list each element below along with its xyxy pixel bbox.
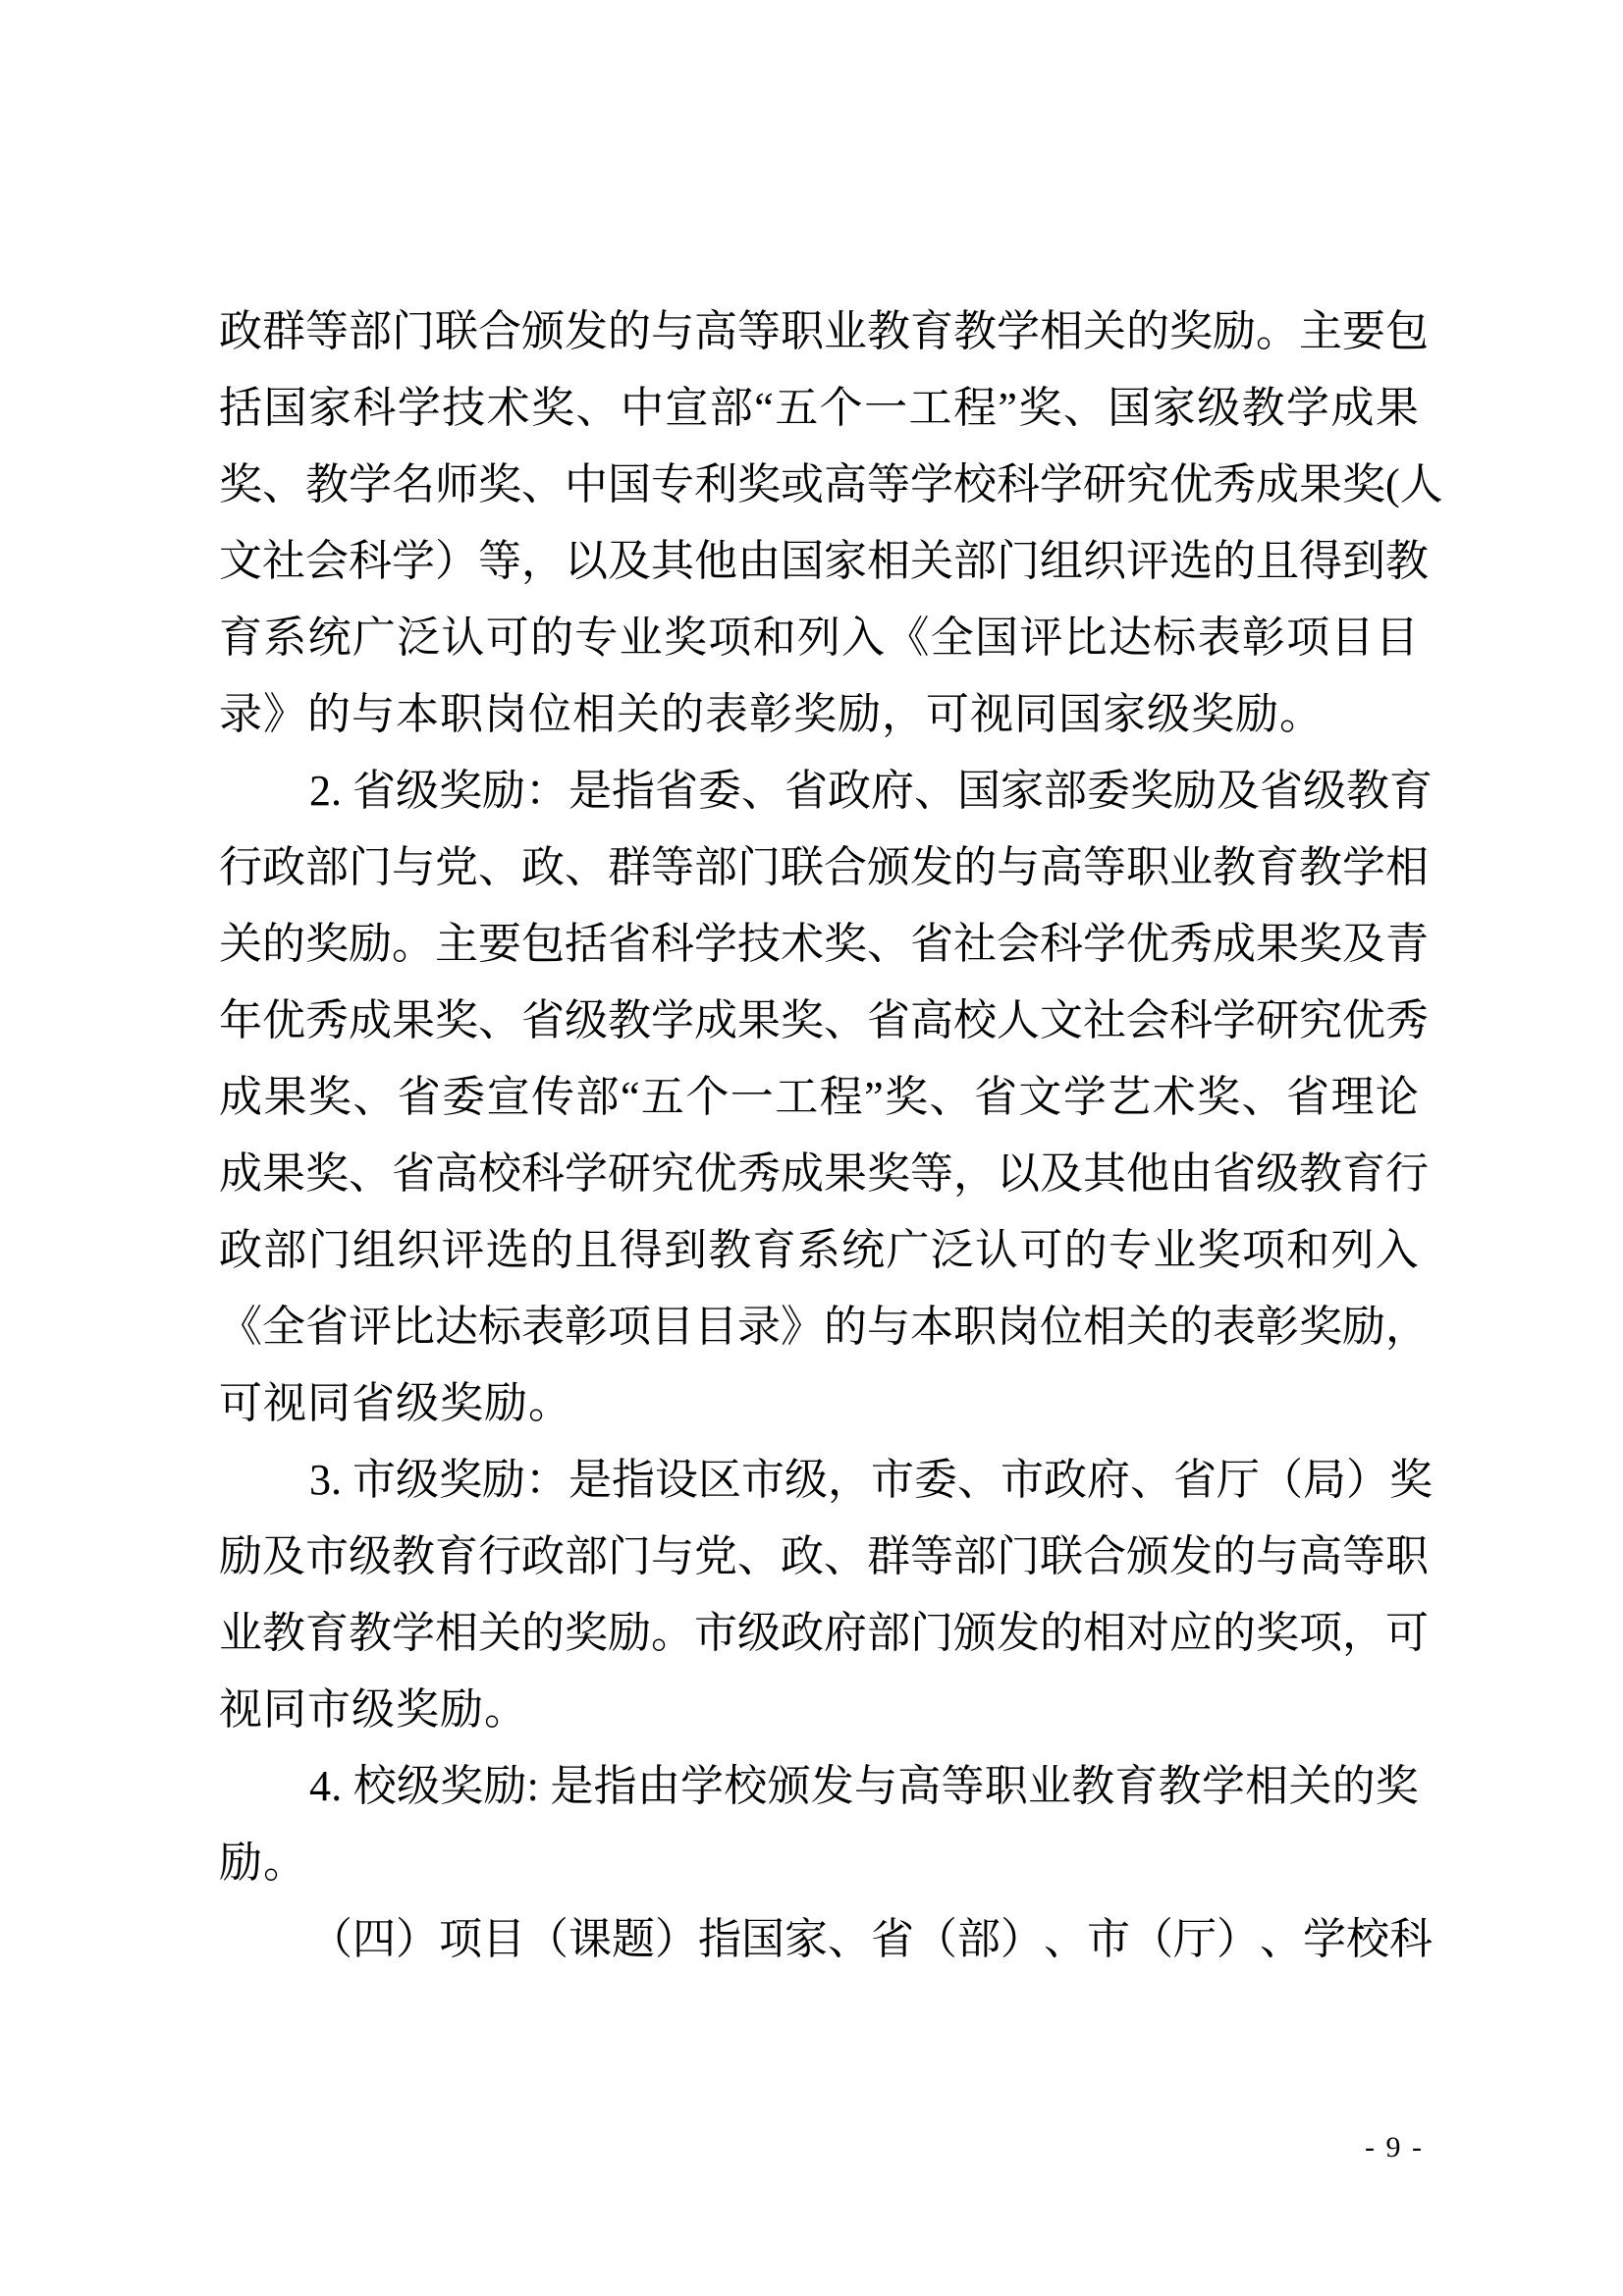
character: 市 xyxy=(694,1595,737,1672)
character: 教 xyxy=(305,447,349,523)
character: 、 xyxy=(914,753,957,829)
character: 4 xyxy=(309,1748,331,1825)
character: 奖 xyxy=(781,983,824,1059)
character: 国 xyxy=(741,1901,784,1978)
character: 其 xyxy=(651,523,694,600)
character: 相 xyxy=(1040,294,1083,370)
text-line: 行政部门与党、政、群等部门联合颁发的与高等职业教育教学相 xyxy=(219,829,1419,906)
character: 校 xyxy=(724,1748,767,1825)
character: 国 xyxy=(263,370,306,447)
character: 奖 xyxy=(1018,370,1061,447)
character: 育 xyxy=(1342,1136,1385,1212)
character: 奖 xyxy=(824,906,867,983)
character: 以 xyxy=(565,523,608,600)
text-line: 政部门组织评选的且得到教育系统广泛认可的专业奖项和列入 xyxy=(219,1212,1419,1289)
character: 学 xyxy=(1202,1748,1245,1825)
character: 省 xyxy=(1213,1136,1256,1212)
character: 及 xyxy=(1217,753,1260,829)
character: 项 xyxy=(439,1901,482,1978)
character: : xyxy=(527,1748,539,1825)
character: 项 xyxy=(608,1289,651,1365)
character: 教 xyxy=(1213,829,1256,906)
character: 学 xyxy=(349,447,392,523)
character: 或 xyxy=(781,447,824,523)
character: 五 xyxy=(641,1059,684,1136)
character: ） xyxy=(396,1901,439,1978)
character: 的 xyxy=(1213,523,1256,600)
character: 及 xyxy=(608,523,651,600)
character: 业 xyxy=(1028,1748,1071,1825)
character: 工 xyxy=(775,1059,818,1136)
character: 果 xyxy=(1299,447,1342,523)
character: 教 xyxy=(392,1519,435,1595)
character: 成 xyxy=(219,1059,262,1136)
text-line: 奖、教学名师奖、中国专利奖或高等学校科学研究优秀成果奖(人 xyxy=(219,447,1419,523)
character: 部 xyxy=(1044,753,1087,829)
character: 是 xyxy=(568,1442,612,1519)
character: 、 xyxy=(352,1059,396,1136)
text-line: 4. 校级奖励: 是指由学校颁发与高等职业教育教学相关的奖 xyxy=(219,1748,1419,1825)
character: 系 xyxy=(797,1212,840,1289)
character: 。 xyxy=(651,1595,694,1672)
character: 究 xyxy=(1299,983,1342,1059)
character: 研 xyxy=(1083,447,1126,523)
character: 达 xyxy=(435,1289,478,1365)
character: 课 xyxy=(568,1901,612,1978)
character: 、 xyxy=(867,906,910,983)
character: 指 xyxy=(594,1748,637,1825)
character: 省 xyxy=(655,753,698,829)
character: 人 xyxy=(997,983,1040,1059)
character: 学 xyxy=(1286,370,1329,447)
character: 业 xyxy=(620,600,663,676)
character: 府 xyxy=(1087,1442,1130,1519)
character: 应 xyxy=(1169,1595,1213,1672)
character: 师 xyxy=(435,447,478,523)
page-number: - 9 - xyxy=(1355,2128,1424,2167)
character: 比 xyxy=(392,1289,435,1365)
character: 部 xyxy=(349,294,392,370)
character: 优 xyxy=(262,983,305,1059)
character: 合 xyxy=(1083,1519,1126,1595)
character: ” xyxy=(998,370,1017,447)
character: 级 xyxy=(396,753,439,829)
character: 市 xyxy=(352,1442,396,1519)
character: 是 xyxy=(568,753,612,829)
character: 统 xyxy=(308,600,352,676)
character: 业 xyxy=(1169,829,1213,906)
character: 奖 xyxy=(1389,1442,1433,1519)
character: 评 xyxy=(1019,600,1062,676)
text-line: 3. 市级奖励：是指设区市级，市委、市政府、省厅（局）奖 xyxy=(219,1442,1419,1519)
character: 的 xyxy=(953,829,997,906)
character: 联 xyxy=(435,294,478,370)
character: （ xyxy=(1130,1901,1173,1978)
character: 与 xyxy=(997,829,1040,906)
character: 行 xyxy=(219,829,262,906)
character: 职 xyxy=(985,1748,1028,1825)
character: 科 xyxy=(349,523,392,600)
character: 群 xyxy=(262,294,305,370)
character: 联 xyxy=(781,829,824,906)
character: 相 xyxy=(867,523,910,600)
text-line: 励及市级教育行政部门与党、政、群等部门联合颁发的与高等职 xyxy=(219,1519,1419,1595)
character: 颁 xyxy=(521,294,565,370)
character: 科 xyxy=(352,370,396,447)
character: 指 xyxy=(612,1442,655,1519)
character: 、 xyxy=(262,447,305,523)
character: 究 xyxy=(651,1136,694,1212)
character: 是 xyxy=(550,1748,593,1825)
character: 且 xyxy=(1256,523,1299,600)
character: 、 xyxy=(957,1442,1001,1519)
character: 学 xyxy=(398,370,441,447)
text-line: 年优秀成果奖、省级教学成果奖、省高校人文社会科学研究优秀 xyxy=(219,983,1419,1059)
character: 奖 xyxy=(664,600,707,676)
character: 励 xyxy=(1173,753,1217,829)
character: 关 xyxy=(910,523,953,600)
character: 主 xyxy=(1299,294,1342,370)
character: 群 xyxy=(867,1519,910,1595)
character: 、 xyxy=(1260,1901,1303,1978)
character: 成 xyxy=(219,1136,262,1212)
character: ： xyxy=(525,753,568,829)
character: 文 xyxy=(1040,983,1083,1059)
character: 关 xyxy=(1126,1289,1169,1365)
character: 奖 xyxy=(305,1136,349,1212)
character: 高 xyxy=(694,294,737,370)
character: 教 xyxy=(608,983,651,1059)
character: 奖 xyxy=(737,447,781,523)
character: 省 xyxy=(871,1901,914,1978)
character: 级 xyxy=(1256,1136,1299,1212)
character: . xyxy=(331,1748,342,1825)
character: 家 xyxy=(824,523,867,600)
character: 家 xyxy=(784,1901,828,1978)
character: 指 xyxy=(612,753,655,829)
text-line: 《全省评比达标表彰项目目录》的与本职岗位相关的表彰奖励， xyxy=(219,1289,1419,1365)
character: 级 xyxy=(737,1595,781,1672)
character: 中 xyxy=(565,447,608,523)
character: 社 xyxy=(1083,983,1126,1059)
character: 级 xyxy=(1303,753,1346,829)
character: 包 xyxy=(1385,294,1429,370)
character: 果 xyxy=(392,983,435,1059)
character: 科 xyxy=(521,1136,565,1212)
document-page: 政群等部门联合颁发的与高等职业教育教学相关的奖励。主要包括国家科学技术奖、中宣部… xyxy=(0,0,1623,2296)
character: 会 xyxy=(1126,983,1169,1059)
character: 认 xyxy=(975,1212,1018,1289)
character: 究 xyxy=(1126,447,1169,523)
character: 职 xyxy=(1126,829,1169,906)
text-line: 2. 省级奖励：是指省委、省政府、国家部委奖励及省级教育 xyxy=(219,753,1419,829)
character: 本 xyxy=(910,1289,953,1365)
character: 会 xyxy=(305,523,349,600)
character: 国 xyxy=(781,523,824,600)
paragraph: 3. 市级奖励：是指设区市级，市委、市政府、省厅（局）奖励及市级教育行政部门与党… xyxy=(219,1442,1419,1748)
text-line: 括国家科学技术奖、中宣部“五个一工程”奖、国家级教学成果 xyxy=(219,370,1419,447)
character: 与 xyxy=(867,1289,910,1365)
character: 要 xyxy=(1342,294,1385,370)
character: 合 xyxy=(478,294,521,370)
character: 教 xyxy=(1242,370,1285,447)
character: 目 xyxy=(1330,600,1374,676)
character: 励 xyxy=(482,1442,525,1519)
character: 目 xyxy=(1376,600,1419,676)
character: 、 xyxy=(828,1901,871,1978)
character: 等 xyxy=(737,294,781,370)
character: 广 xyxy=(352,600,396,676)
character: “ xyxy=(754,370,774,447)
character: 励 xyxy=(483,1748,526,1825)
character: 全 xyxy=(931,600,974,676)
character: 果 xyxy=(824,1136,867,1212)
text-line: 业教育教学相关的奖励。市级政府部门颁发的相对应的奖项，可 xyxy=(219,1595,1419,1672)
character: 社 xyxy=(953,906,997,983)
character: 技 xyxy=(737,906,781,983)
text-line: 政群等部门联合颁发的与高等职业教育教学相关的奖励。主要包 xyxy=(219,294,1419,370)
character: 、 xyxy=(930,1059,973,1136)
character: 科 xyxy=(997,447,1040,523)
character: 与 xyxy=(651,1519,694,1595)
character: 级 xyxy=(784,1442,828,1519)
character: 区 xyxy=(698,1442,741,1519)
character: 秀 xyxy=(1169,906,1213,983)
character: 部 xyxy=(576,1059,620,1136)
character: ） xyxy=(1346,1442,1389,1519)
character: 政 xyxy=(1044,1442,1087,1519)
character: 级 xyxy=(396,1442,439,1519)
character: 术 xyxy=(781,906,824,983)
character: 的 xyxy=(1126,294,1169,370)
character: 包 xyxy=(521,906,565,983)
character: ” xyxy=(864,1059,884,1136)
character: 发 xyxy=(811,1748,854,1825)
character: 果 xyxy=(263,1059,306,1136)
character: 育 xyxy=(1389,753,1433,829)
character: 术 xyxy=(487,370,530,447)
text-line: 育系统广泛认可的专业奖项和列入《全国评比达标表彰项目目 xyxy=(219,600,1419,676)
character: 奖 xyxy=(565,1595,608,1672)
character: 省 xyxy=(398,1059,441,1136)
character: 广 xyxy=(886,1212,929,1289)
character: 名 xyxy=(392,447,435,523)
character: 的 xyxy=(1213,1595,1256,1672)
character: 、 xyxy=(824,1519,867,1595)
character: 果 xyxy=(737,983,781,1059)
character: 的 xyxy=(1169,1289,1213,1365)
character: 奖 xyxy=(867,1136,910,1212)
character: ( xyxy=(1385,447,1400,523)
character: 级 xyxy=(397,1748,440,1825)
character: 成 xyxy=(1330,370,1374,447)
character: 委 xyxy=(698,753,741,829)
character: 行 xyxy=(478,1519,521,1595)
character: 政 xyxy=(521,829,565,906)
character: 人 xyxy=(1400,447,1443,523)
character: 校 xyxy=(1346,1901,1389,1978)
character: 、 xyxy=(565,829,608,906)
character: 门 xyxy=(737,829,781,906)
character: 校 xyxy=(953,447,997,523)
character: 委 xyxy=(442,1059,485,1136)
character: 门 xyxy=(910,1595,953,1672)
character: 、 xyxy=(824,983,867,1059)
character: 的 xyxy=(1213,1519,1256,1595)
character: 成 xyxy=(694,983,737,1059)
character: 职 xyxy=(1385,1519,1429,1595)
character: 学 xyxy=(910,447,953,523)
character: 奖 xyxy=(885,1059,928,1136)
character: 一 xyxy=(864,370,907,447)
character: 家 xyxy=(1001,753,1044,829)
paragraph: 2. 省级奖励：是指省委、省政府、国家部委奖励及省级教育行政部门与党、政、群等部… xyxy=(219,753,1419,1442)
character: 关 xyxy=(478,1595,521,1672)
character: 奖 xyxy=(478,447,521,523)
character: 秀 xyxy=(737,1136,781,1212)
character: 技 xyxy=(442,370,485,447)
character: 发 xyxy=(910,829,953,906)
character: ， xyxy=(828,1442,871,1519)
character: 等 xyxy=(867,447,910,523)
paragraph: 政群等部门联合颁发的与高等职业教育教学相关的奖励。主要包括国家科学技术奖、中宣部… xyxy=(219,294,1419,753)
character: 论 xyxy=(1376,1059,1419,1136)
character: 教 xyxy=(708,1212,751,1289)
character: 党 xyxy=(694,1519,737,1595)
character: 统 xyxy=(841,1212,885,1289)
character: 科 xyxy=(1389,1901,1433,1978)
text-block: 政群等部门联合颁发的与高等职业教育教学相关的奖励。主要包括国家科学技术奖、中宣部… xyxy=(219,294,1419,1978)
character: 部 xyxy=(710,370,753,447)
character: 部 xyxy=(694,829,737,906)
character: 政 xyxy=(781,1519,824,1595)
character: 职 xyxy=(953,1289,997,1365)
character: 奖 xyxy=(1130,753,1173,829)
character: 优 xyxy=(1169,447,1213,523)
character: 术 xyxy=(1153,1059,1196,1136)
character: 及 xyxy=(1040,1136,1083,1212)
character: 业 xyxy=(219,1595,262,1672)
character: 到 xyxy=(664,1212,707,1289)
character: ， xyxy=(521,523,565,600)
character: 组 xyxy=(352,1212,396,1289)
character: 。 xyxy=(1256,294,1299,370)
character: 校 xyxy=(353,1748,397,1825)
character: 部 xyxy=(957,1901,1001,1978)
character: 省 xyxy=(521,983,565,1059)
character: 教 xyxy=(1346,753,1389,829)
character: 由 xyxy=(637,1748,680,1825)
character: 奖 xyxy=(1256,1595,1299,1672)
character: 省 xyxy=(352,753,396,829)
character: 教 xyxy=(1071,1748,1114,1825)
character xyxy=(539,1748,550,1825)
character: 理 xyxy=(1330,1059,1374,1136)
character: 表 xyxy=(1198,600,1241,676)
character: 省 xyxy=(867,983,910,1059)
character: 学 xyxy=(1213,983,1256,1059)
character: 成 xyxy=(1256,447,1299,523)
character: 的 xyxy=(262,906,305,983)
character: 表 xyxy=(1213,1289,1256,1365)
character: 、 xyxy=(478,983,521,1059)
character: 彰 xyxy=(1256,1289,1299,1365)
character: 他 xyxy=(694,523,737,600)
character: 府 xyxy=(871,753,914,829)
character: 与 xyxy=(392,829,435,906)
character: 目 xyxy=(651,1289,694,1365)
character: 、 xyxy=(349,1136,392,1212)
character: 入 xyxy=(841,600,885,676)
character: 利 xyxy=(694,447,737,523)
character: 成 xyxy=(1213,906,1256,983)
character xyxy=(342,1748,352,1825)
character: 项 xyxy=(1242,1212,1285,1289)
character: 工 xyxy=(909,370,952,447)
character: 他 xyxy=(1126,1136,1169,1212)
character: 彰 xyxy=(565,1289,608,1365)
character: 校 xyxy=(478,1136,521,1212)
character: 的 xyxy=(1040,1595,1083,1672)
character: 及 xyxy=(262,1519,305,1595)
character: 宣 xyxy=(665,370,708,447)
character: 的 xyxy=(530,1212,573,1289)
character: 育 xyxy=(219,600,262,676)
character: 学 xyxy=(1083,906,1126,983)
character: 部 xyxy=(263,1212,306,1289)
character: 党 xyxy=(435,829,478,906)
text-line: 成果奖、省委宣传部“五个一工程”奖、省文学艺术奖、省理论 xyxy=(219,1059,1419,1136)
character: 育 xyxy=(305,1595,349,1672)
character: 等 xyxy=(1083,829,1126,906)
character: 泛 xyxy=(397,600,440,676)
character: 国 xyxy=(1108,370,1151,447)
character: 评 xyxy=(1126,523,1169,600)
character: 奖 xyxy=(439,1442,482,1519)
character: ） xyxy=(435,523,478,600)
text-line: 励。 xyxy=(219,1825,1419,1901)
character: 行 xyxy=(1385,1136,1429,1212)
character: 业 xyxy=(824,294,867,370)
character: 教 xyxy=(1385,523,1429,600)
character: 市 xyxy=(305,1519,349,1595)
character: 政 xyxy=(219,1212,262,1289)
character: 国 xyxy=(957,753,1001,829)
character: 标 xyxy=(1153,600,1196,676)
character: 中 xyxy=(621,370,664,447)
character: 等 xyxy=(910,1136,953,1212)
character: 程 xyxy=(953,370,997,447)
character: 目 xyxy=(694,1289,737,1365)
character: 专 xyxy=(1109,1212,1152,1289)
character: 相 xyxy=(1083,1595,1126,1672)
character: 艺 xyxy=(1108,1059,1151,1136)
character: 教 xyxy=(867,294,910,370)
character: 四 xyxy=(352,1901,396,1978)
character: 《 xyxy=(886,600,929,676)
character: 委 xyxy=(914,1442,957,1519)
character: 科 xyxy=(1040,906,1083,983)
character: 位 xyxy=(1040,1289,1083,1365)
character: 委 xyxy=(1087,753,1130,829)
character: 等 xyxy=(305,294,349,370)
character: ： xyxy=(525,1442,568,1519)
character: 相 xyxy=(1083,1289,1126,1365)
character: 研 xyxy=(1256,983,1299,1059)
character: 个 xyxy=(820,370,863,447)
character: 优 xyxy=(1342,983,1385,1059)
character: 到 xyxy=(1342,523,1385,600)
